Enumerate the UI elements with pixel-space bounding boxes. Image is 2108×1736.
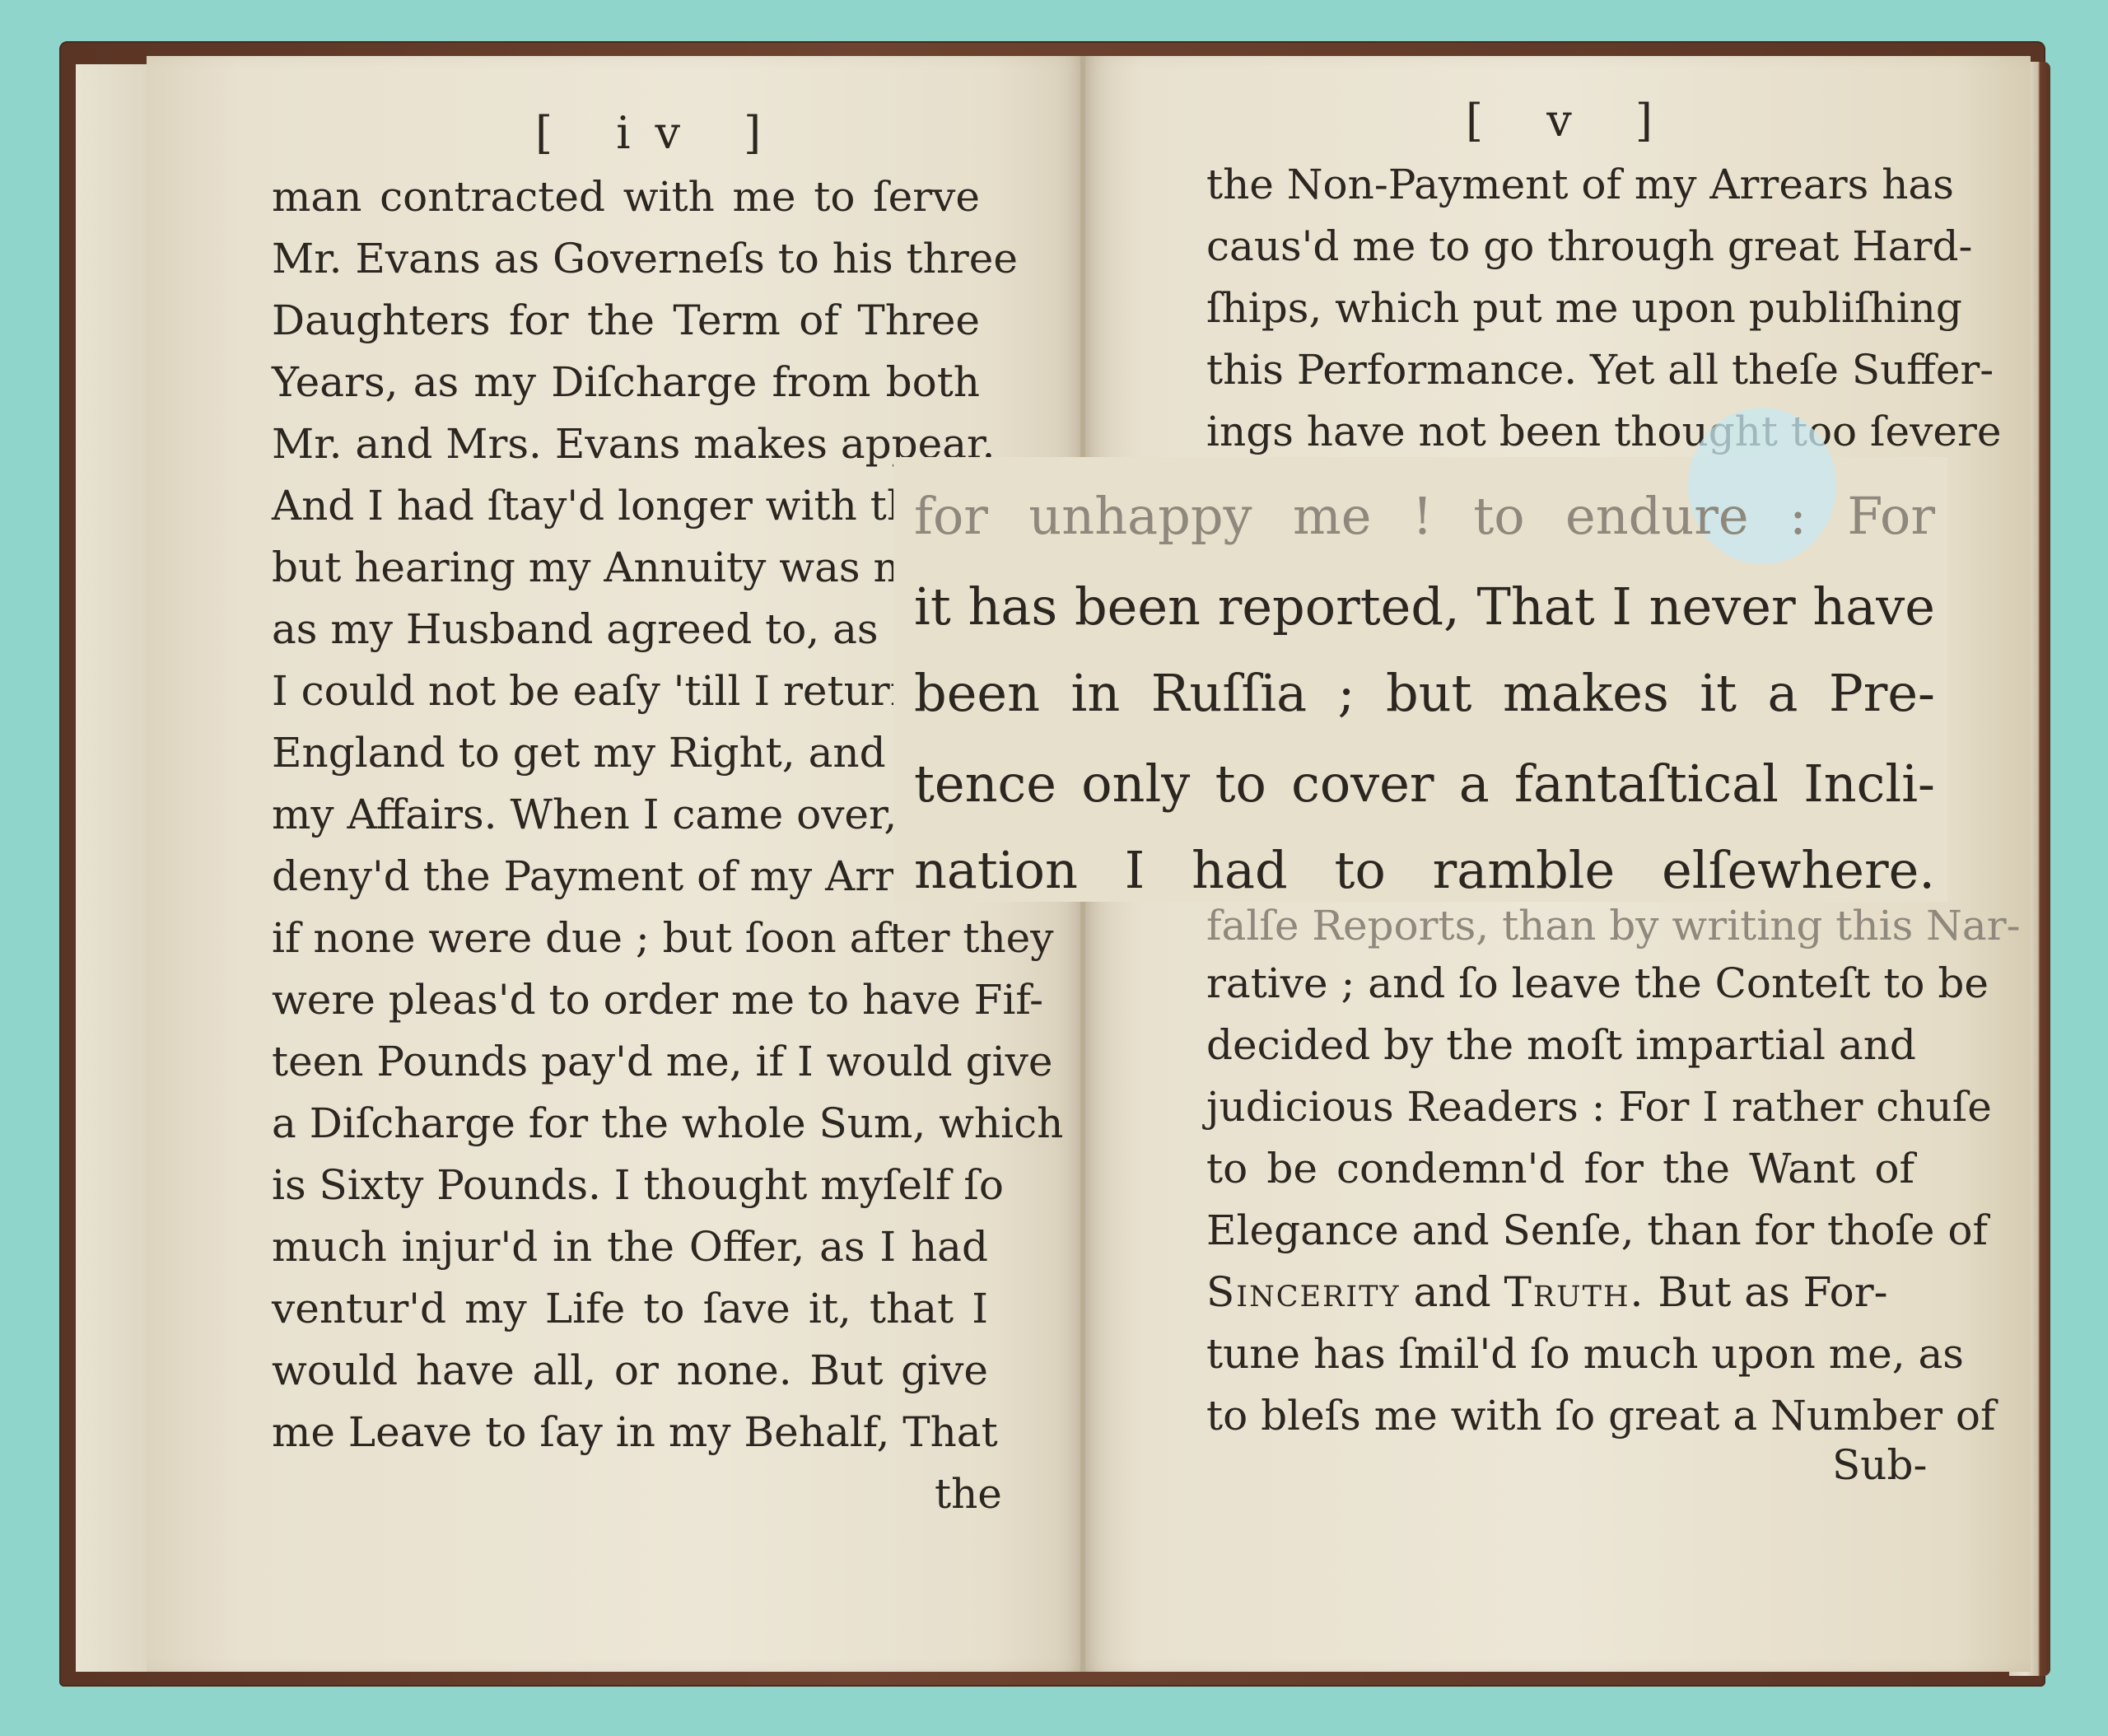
text-line: would have all, or none. But give	[272, 1346, 988, 1394]
text-line: if none were due ; but ſoon after they	[272, 914, 980, 962]
text-line: Years, as my Diſcharge from both	[272, 358, 980, 406]
text-line: to be condemn'd for the Want of	[1206, 1145, 1914, 1192]
text-line: the Non-Payment of my Arrears has	[1206, 161, 1914, 208]
text-line-sincerity: Sincerity and Truth. But as For-	[1206, 1268, 1914, 1316]
text-line: judicious Readers : For I rather chuſe	[1206, 1083, 1914, 1131]
smallcaps-word: Truth.	[1504, 1268, 1644, 1316]
smallcaps-word: Sincerity	[1206, 1268, 1401, 1316]
text-line: me Leave to ſay in my Behalf, That	[272, 1408, 988, 1456]
catchword: the	[935, 1470, 1002, 1518]
text-line: Mr. and Mrs. Evans makes appear.	[272, 420, 988, 468]
text-line: Mr. Evans as Governeſs to his three	[272, 235, 980, 282]
text-line: teen Pounds pay'd me, if I would give	[272, 1038, 988, 1085]
text-line: England to get my Right, and	[272, 729, 873, 777]
text-line: much injur'd in the Offer, as I had	[272, 1223, 988, 1271]
magnified-line: it has been reported, That I never have	[914, 576, 1935, 637]
text-span: But as For-	[1644, 1268, 1887, 1316]
text-line: ventur'd my Life to ſave it, that I	[272, 1285, 988, 1332]
text-line: rative ; and ſo leave the Conteſt to be	[1206, 959, 1914, 1007]
text-line: this Performance. Yet all theſe Suffer-	[1206, 346, 1914, 394]
catchword: Sub-	[1832, 1441, 1927, 1489]
text-line: Daughters for the Term of Three	[272, 296, 980, 344]
text-line: were pleas'd to order me to have Fif-	[272, 976, 988, 1024]
text-line: Elegance and Senſe, than for thoſe of	[1206, 1206, 1914, 1254]
left-page-number: [ iv ]	[535, 107, 786, 159]
text-line: ſhips, which put me upon publiſhing	[1206, 284, 1914, 332]
text-line: is Sixty Pounds. I thought myſelf ſo	[272, 1161, 988, 1209]
text-line: as my Husband agreed to, as afor	[272, 605, 881, 653]
text-line: man contracted with me to ſerve	[272, 173, 980, 221]
right-page-number: [ v ]	[1466, 95, 1677, 147]
text-span: and	[1401, 1268, 1504, 1316]
text-line: And I had ſtay'd longer with th	[272, 482, 898, 530]
flyleaf-edge	[76, 64, 150, 1672]
text-line: to bleſs me with ſo great a Number of	[1206, 1392, 1914, 1440]
text-line: a Diſcharge for the whole Sum, which	[272, 1099, 988, 1147]
magnified-line: for unhappy me ! to endure : For	[914, 486, 1935, 546]
magnified-line: nation I had to ramble elſewhere.	[914, 840, 1935, 900]
text-line: falſe Reports, than by writing this Nar-	[1206, 902, 1914, 950]
magnified-line: tence only to cover a fantaſtical Incli-	[914, 754, 1935, 814]
text-line: but hearing my Annuity was not	[272, 544, 881, 591]
magnified-line: been in Ruſſia ; but makes it a Pre-	[914, 663, 1935, 723]
text-line: caus'd me to go through great Hard-	[1206, 222, 1914, 270]
text-line: tune has ſmil'd ſo much upon me, as	[1206, 1330, 1914, 1378]
text-line: I could not be eaſy 'till I return	[272, 667, 881, 715]
text-line: my Affairs. When I came over, I	[272, 791, 898, 838]
text-line: decided by the moſt impartial and	[1206, 1021, 1914, 1069]
text-line: deny'd the Payment of my Arrea	[272, 852, 889, 900]
